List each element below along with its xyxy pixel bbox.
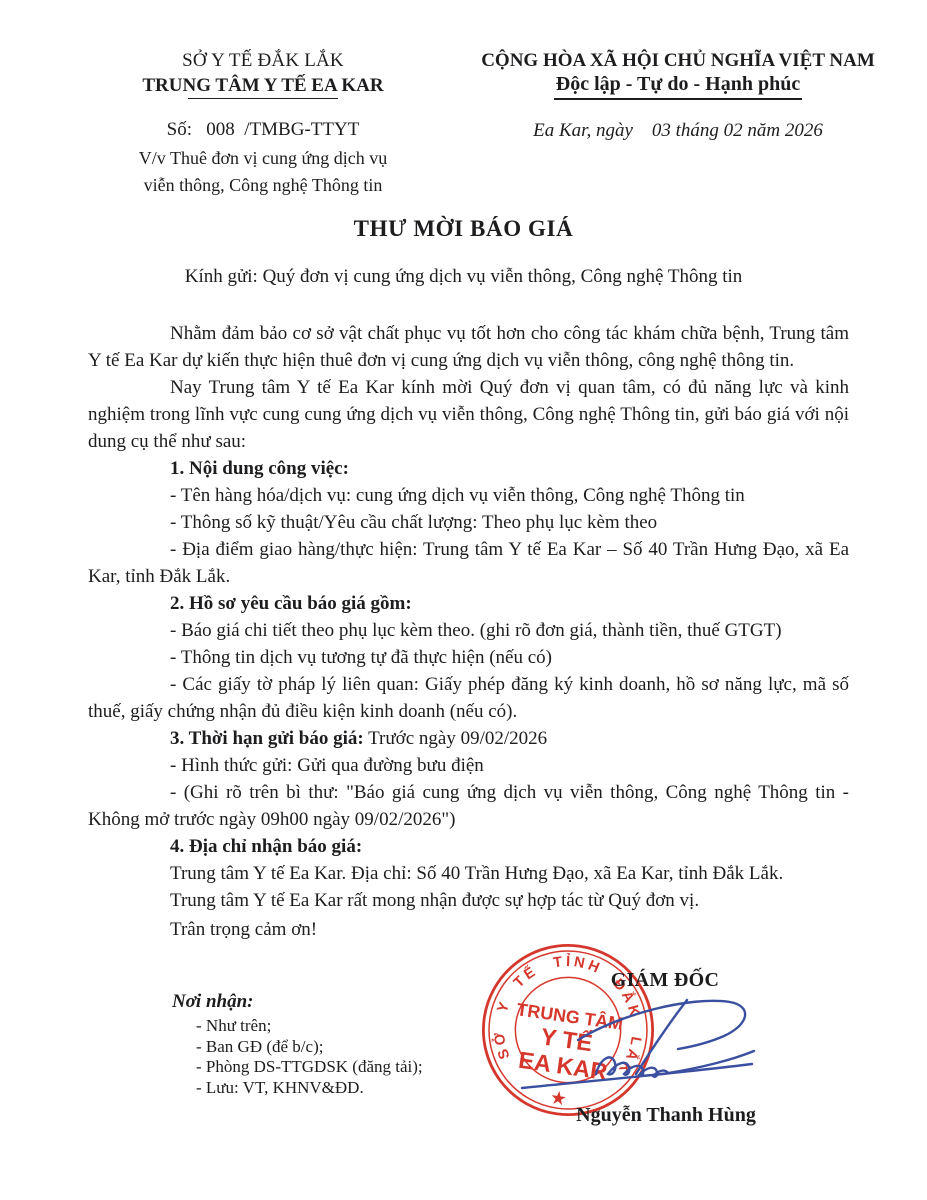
section-4-item: Trung tâm Y tế Ea Kar. Địa chỉ: Số 40 Tr… xyxy=(88,860,849,887)
paragraph-invite: Nay Trung tâm Y tế Ea Kar kính mời Quý đ… xyxy=(88,374,849,455)
signature-underline xyxy=(522,1064,752,1088)
section-3-heading: 3. Thời hạn gửi báo giá: Trước ngày 09/0… xyxy=(88,725,849,752)
national-title: CỘNG HÒA XÃ HỘI CHỦ NGHĨA VIỆT NAM xyxy=(480,50,876,72)
signature-ink xyxy=(520,992,780,1102)
organization-name: TRUNG TÂM Y TẾ EA KAR xyxy=(112,75,414,97)
section-4-heading-text: 4. Địa chỉ nhận báo giá: xyxy=(170,836,362,857)
document-page: SỞ Y TẾ ĐẮK LẮK TRUNG TÂM Y TẾ EA KAR Số… xyxy=(0,0,927,1200)
section-1-item: - Tên hàng hóa/dịch vụ: cung ứng dịch vụ… xyxy=(88,482,849,509)
recipient-item: - Lưu: VT, KHNV&ĐD. xyxy=(196,1078,423,1099)
recipient-item: - Như trên; xyxy=(196,1016,423,1037)
section-1-item: - Địa điểm giao hàng/thực hiện: Trung tâ… xyxy=(88,536,849,590)
section-2-heading: 2. Hồ sơ yêu cầu báo giá gồm: xyxy=(88,590,849,617)
section-4-heading: 4. Địa chỉ nhận báo giá: xyxy=(88,833,849,860)
recipients-label: Nơi nhận: xyxy=(172,991,253,1013)
date-line: Ea Kar, ngày 03 tháng 02 năm 2026 xyxy=(480,120,876,142)
section-1-item: - Thông số kỹ thuật/Yêu cầu chất lượng: … xyxy=(88,509,849,536)
org-underline xyxy=(188,98,338,99)
recipient-item: - Ban GĐ (để b/c); xyxy=(196,1037,423,1058)
paragraph-intro: Nhằm đảm bảo cơ sở vật chất phục vụ tốt … xyxy=(88,320,849,374)
recipients-list: - Như trên; - Ban GĐ (để b/c); - Phòng D… xyxy=(196,1016,423,1098)
section-2-heading-text: 2. Hồ sơ yêu cầu báo giá gồm: xyxy=(170,593,412,614)
section-3-heading-text: 3. Thời hạn gửi báo giá: xyxy=(170,728,364,749)
reference-number: Số: 008 /TMBG-TTYT xyxy=(112,119,414,141)
subject-line: V/v Thuê đơn vị cung ứng dịch vụ viễn th… xyxy=(112,145,414,199)
national-motto: Độc lập - Tự do - Hạnh phúc xyxy=(554,73,802,100)
section-4-item: Trung tâm Y tế Ea Kar rất mong nhận được… xyxy=(88,887,849,914)
section-2-item: - Thông tin dịch vụ tương tự đã thực hiệ… xyxy=(88,644,849,671)
signer-title: GIÁM ĐỐC xyxy=(558,969,772,992)
section-1-heading-text: 1. Nội dung công việc: xyxy=(170,458,349,479)
signer-name: Nguyễn Thanh Hùng xyxy=(520,1104,812,1127)
department-name: SỞ Y TẾ ĐẮK LẮK xyxy=(112,50,414,72)
signature-flourish xyxy=(578,1001,745,1049)
section-3-item: - (Ghi rõ trên bì thư: "Báo giá cung ứng… xyxy=(88,779,849,833)
document-body: Nhằm đảm bảo cơ sở vật chất phục vụ tốt … xyxy=(88,320,849,943)
recipient-item: - Phòng DS-TTGDSK (đăng tải); xyxy=(196,1057,423,1078)
section-2-item: - Báo giá chi tiết theo phụ lục kèm theo… xyxy=(88,617,849,644)
greeting-line: Kính gửi: Quý đơn vị cung ứng dịch vụ vi… xyxy=(0,266,927,288)
section-1-heading: 1. Nội dung công việc: xyxy=(88,455,849,482)
header-right: CỘNG HÒA XÃ HỘI CHỦ NGHĨA VIỆT NAM Độc l… xyxy=(480,50,876,142)
section-3-item: - Hình thức gửi: Gửi qua đường bưu điện xyxy=(88,752,849,779)
document-title: THƯ MỜI BÁO GIÁ xyxy=(0,216,927,242)
section-2-item: - Các giấy tờ pháp lý liên quan: Giấy ph… xyxy=(88,671,849,725)
header-left: SỞ Y TẾ ĐẮK LẮK TRUNG TÂM Y TẾ EA KAR Số… xyxy=(112,50,414,199)
section-3-deadline: Trước ngày 09/02/2026 xyxy=(364,728,547,749)
closing-line: Trân trọng cảm ơn! xyxy=(88,916,849,943)
